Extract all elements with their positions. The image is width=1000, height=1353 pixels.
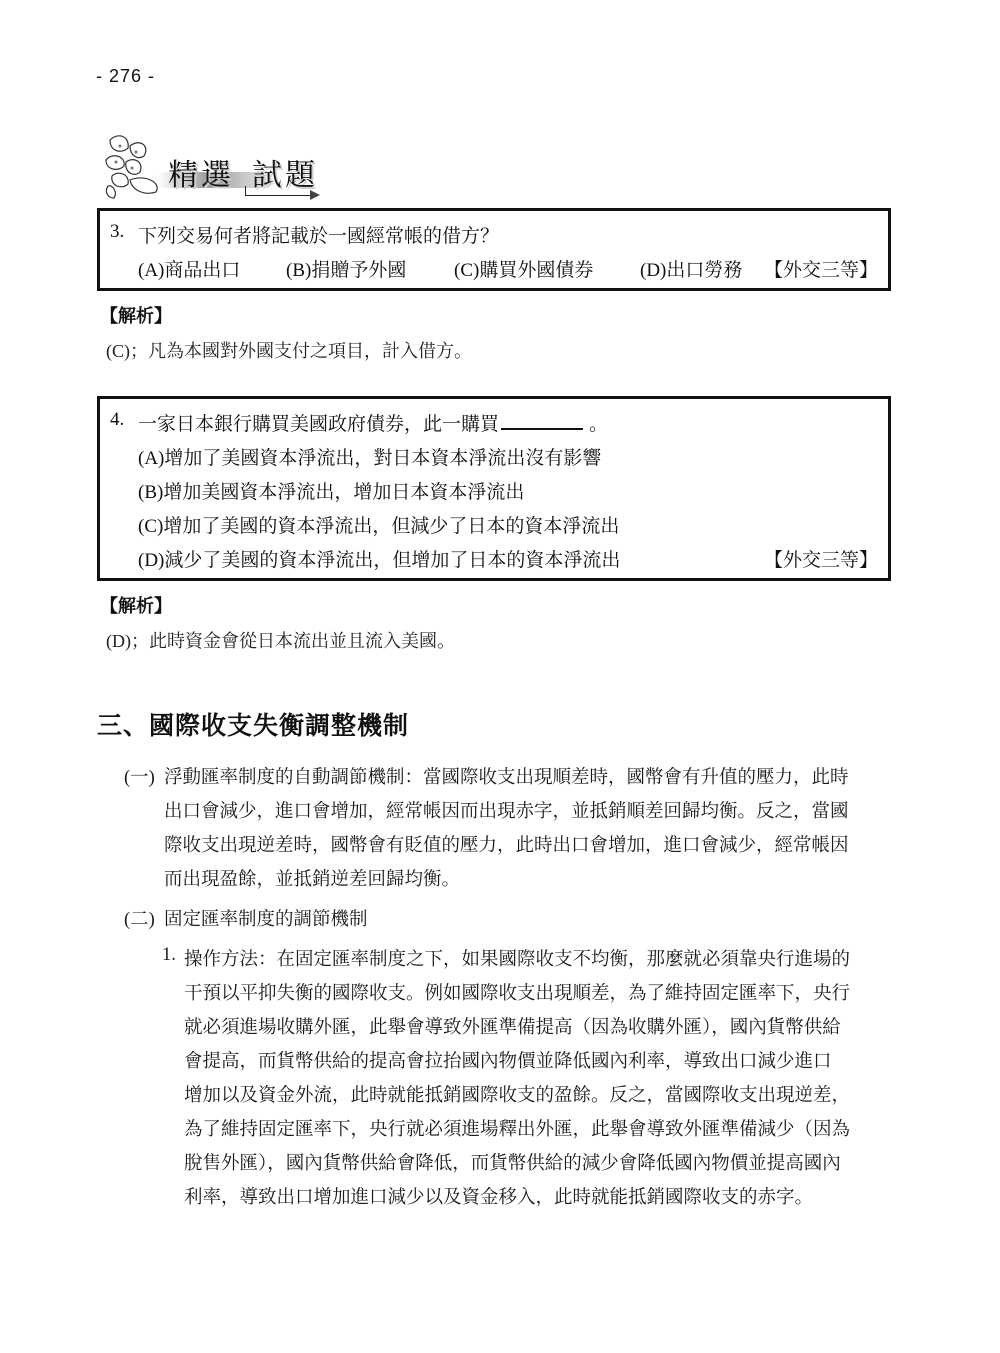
question-stem: 下列交易何者將記載於一國經常帳的借方？: [138, 221, 499, 248]
paragraph-line: 會提高，而貨幣供給的提高會拉抬國內物價並降低國內利率，導致出口減少進口: [184, 1047, 832, 1073]
option-a: (A)商品出口: [138, 255, 240, 282]
paragraph-line: 脫售外匯），國內貨幣供給會降低，而貨幣供給的減少會降低國內物價並提高國內: [184, 1149, 841, 1175]
section-heading: 三、國際收支失衡調整機制: [97, 706, 409, 742]
analysis-text: (C)；凡為本國對外國支付之項目，計入借方。: [106, 337, 472, 363]
option-d: (D)出口勞務: [640, 255, 742, 282]
paragraph-line: 出口會減少，進口會增加，經常帳因而出現赤字，並抵銷順差回歸均衡。反之，當國: [164, 797, 849, 823]
page-number: - 276 -: [96, 66, 155, 87]
section-banner: 精選 試題: [100, 132, 320, 202]
paragraph-line: 際收支出現逆差時，國幣會有貶值的壓力，此時出口會增加，進口會減少，經常帳因: [164, 831, 849, 857]
question-box-3: 3. 下列交易何者將記載於一國經常帳的借方？ (A)商品出口 (B)捐贈予外國 …: [97, 208, 891, 291]
paragraph-line: 利率，導致出口增加進口減少以及資金移入，此時就能抵銷國際收支的赤字。: [184, 1183, 813, 1209]
option-a: (A)增加了美國資本淨流出，對日本資本淨流出沒有影響: [138, 443, 601, 470]
option-b: (B)增加美國資本淨流出，增加日本資本淨流出: [138, 477, 524, 504]
option-c: (C)購買外國債券: [454, 255, 593, 282]
paragraph-line: 增加以及資金外流，此時就能抵銷國際收支的盈餘。反之，當國際收支出現逆差，: [184, 1081, 850, 1107]
question-number: 4.: [110, 409, 124, 431]
paragraph-line: 操作方法：在固定匯率制度之下，如果國際收支不均衡，那麼就必須靠央行進場的: [184, 945, 850, 971]
subitem-label: 1.: [162, 945, 176, 966]
item-title: 固定匯率制度的調節機制: [164, 905, 368, 931]
banner-title-part1: 精選: [168, 150, 234, 194]
option-c: (C)增加了美國的資本淨流出，但減少了日本的資本淨流出: [138, 511, 619, 538]
flower-icon: [100, 132, 172, 202]
paragraph-line: 而出現盈餘，並抵銷逆差回歸均衡。: [164, 865, 460, 891]
item-label: (二): [124, 905, 155, 931]
item-label: (一): [124, 763, 155, 789]
analysis-title: 【解析】: [100, 592, 172, 618]
question-source: 【外交三等】: [764, 255, 878, 282]
option-d: (D)減少了美國的資本淨流出，但增加了日本的資本淨流出: [138, 545, 620, 572]
banner-title-part2: 試題: [252, 150, 318, 194]
question-box-4: 4. 一家日本銀行購買美國政府債券，此一購買。 (A)增加了美國資本淨流出，對日…: [97, 396, 891, 581]
answer-blank: [501, 412, 583, 430]
question-source: 【外交三等】: [764, 545, 878, 572]
option-b: (B)捐贈予外國: [286, 255, 406, 282]
paragraph-line: 干預以平抑失衡的國際收支。例如國際收支出現順差，為了維持固定匯率下，央行: [184, 979, 850, 1005]
analysis-title: 【解析】: [100, 302, 172, 328]
paragraph-line: 為了維持固定匯率下，央行就必須進場釋出外匯，此舉會導致外匯準備減少（因為: [184, 1115, 850, 1141]
question-stem: 一家日本銀行購買美國政府債券，此一購買。: [138, 409, 608, 436]
question-number: 3.: [110, 221, 124, 243]
paragraph-line: 就必須進場收購外匯，此舉會導致外匯準備提高（因為收購外匯），國內貨幣供給: [184, 1013, 841, 1039]
analysis-text: (D)；此時資金會從日本流出並且流入美國。: [106, 627, 455, 653]
paragraph-line: 浮動匯率制度的自動調節機制：當國際收支出現順差時，國幣會有升值的壓力，此時: [164, 763, 849, 789]
